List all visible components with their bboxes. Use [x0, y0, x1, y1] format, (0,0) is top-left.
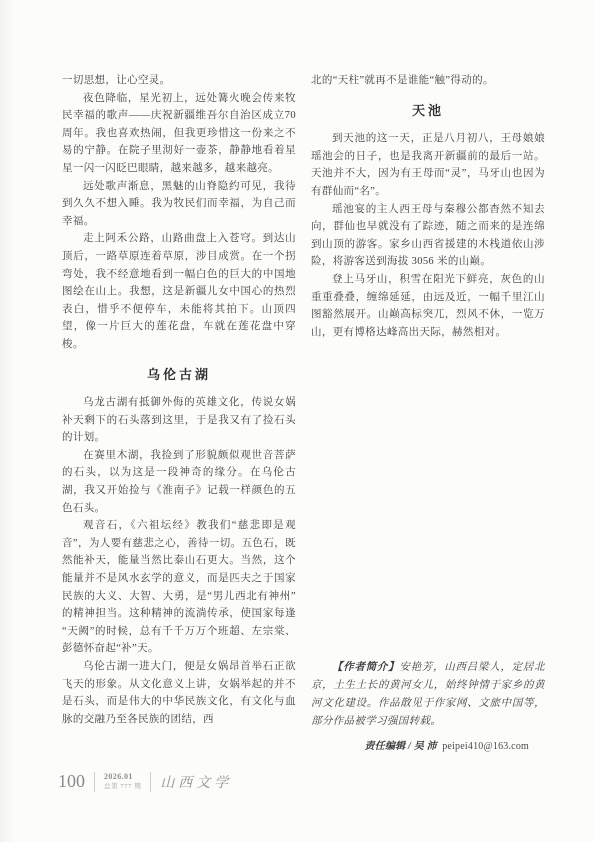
author-intro: 【作者简介】安艳芳，山西吕梁人，定居北京，土生土长的黄河女儿，始终钟情于家乡的黄…	[311, 659, 545, 730]
paragraph: 观音石，《六祖坛经》教我们“慈悲即是观音”，为人要有慈悲之心，善待一切。五色石，…	[62, 517, 296, 658]
author-intro-block: 【作者简介】安艳芳，山西吕梁人，定居北京，土生土长的黄河女儿，始终钟情于家乡的黄…	[311, 659, 545, 762]
issue-volume: 总第 777 期	[104, 783, 141, 791]
paragraph: 北的“天柱”就再不是谁能“触”得动的。	[311, 72, 545, 90]
section-title-wulungu-lake: 乌伦古湖	[62, 366, 296, 384]
author-intro-label: 【作者简介】	[332, 662, 399, 673]
paragraph: 走上阿禾公路，山路曲盘上入苍穹。到达山顶后，一路草原连着草原，涉目成赏。在一个拐…	[62, 230, 296, 353]
page-columns: 一切思想，让心空灵。 夜色降临，星光初上，远处篝火晚会传来牧民幸福的歌声——庆祝…	[62, 72, 545, 762]
paragraph: 乌龙古湖有抵御外侮的英雄文化，传说女娲补天剩下的石头落到这里，于是我又有了捡石头…	[62, 394, 296, 447]
footer-divider	[94, 772, 95, 792]
paragraph: 一切思想，让心空灵。	[62, 72, 296, 90]
paragraph: 夜色降临，星光初上，远处篝火晚会传来牧民幸福的歌声——庆祝新疆维吾尔自治区成立7…	[62, 90, 296, 178]
editor-credit: 责任编辑 / 吴 沛 peipei410@163.com	[311, 738, 529, 756]
issue-date: 2026.01	[104, 772, 141, 781]
left-column: 一切思想，让心空灵。 夜色降临，星光初上，远处篝火晚会传来牧民幸福的歌声——庆祝…	[62, 72, 296, 762]
section-title-tianchi: 天池	[311, 102, 545, 120]
editor-label: 责任编辑 / 吴 沛	[365, 741, 437, 752]
paragraph: 瑶池宴的主人西王母与秦穆公都杳然不知去向，群仙也早就没有了踪迹，随之而来的是连绵…	[311, 201, 545, 271]
issue-info: 2026.01 总第 777 期	[104, 772, 141, 791]
page-number: 100	[58, 771, 85, 792]
magazine-name: 山西文学	[160, 772, 232, 792]
paragraph: 在赛里木湖，我捡到了形貌颇似观世音菩萨的石头，以为这是一段神奇的缘分。在乌伦古湖…	[62, 447, 296, 517]
editor-email: peipei410@163.com	[442, 741, 529, 752]
magazine-page: 一切思想，让心空灵。 夜色降临，星光初上，远处篝火晚会传来牧民幸福的歌声——庆祝…	[0, 0, 595, 842]
footer-divider	[150, 772, 151, 792]
right-column: 北的“天柱”就再不是谁能“触”得动的。 天池 到天池的这一天，正是八月初八，王母…	[311, 72, 545, 762]
paragraph: 到天池的这一天，正是八月初八，王母娘娘瑶池会的日子，也是我离开新疆前的最后一站。…	[311, 130, 545, 200]
paragraph: 远处歌声渐息，黑魅的山脊隐约可见，我待到久久不想入睡。我为牧民们而幸福，为自己而…	[62, 178, 296, 231]
paragraph: 登上马牙山，积雪在阳光下鲜亮，灰色的山重重叠叠，缠绵延延，由远及近，一幅千里江山…	[311, 271, 545, 341]
paragraph: 乌伦古湖一进大门，便是女娲昂首举石正欲飞天的形象。从文化意义上讲，女娲举起的并不…	[62, 658, 296, 728]
page-footer: 100 2026.01 总第 777 期 山西文学	[58, 771, 232, 792]
